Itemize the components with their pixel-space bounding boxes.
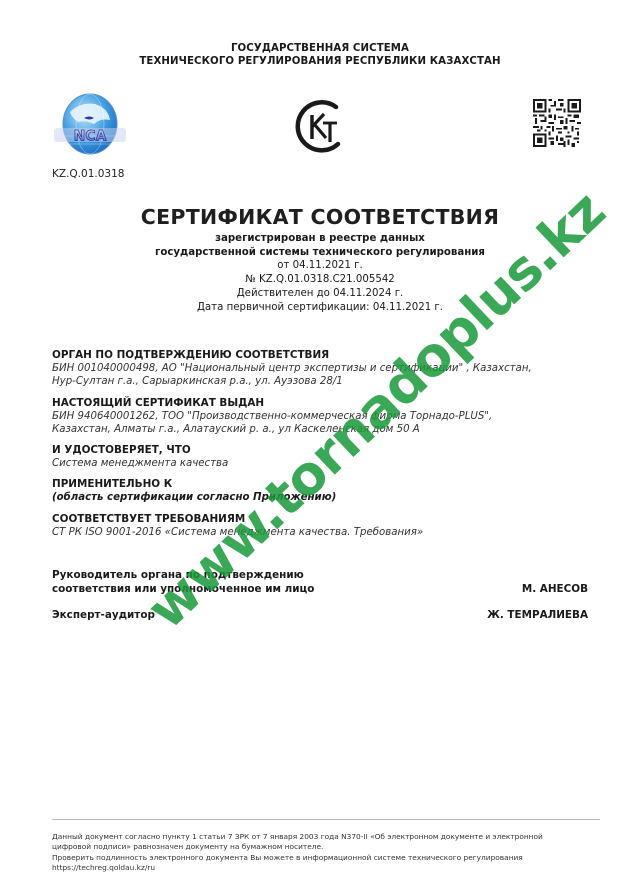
ncs-globe-logo-icon: NCA [50, 92, 130, 156]
section-text: (область сертификации согласно Приложени… [52, 491, 592, 504]
verification-link[interactable]: https://techreg.qoldau.kz/ru [52, 863, 592, 873]
section-text: Нур-Султан г.а., Сарыаркинская р.а., ул.… [52, 375, 592, 388]
section-text: БИН 940640001262, ТОО "Производственно-к… [52, 410, 592, 423]
header-line-2: ТЕХНИЧЕСКОГО РЕГУЛИРОВАНИЯ РЕСПУБЛИКИ КА… [0, 55, 640, 68]
head-label-line-1: Руководитель органа по подтверждению [52, 569, 588, 583]
section-heading: ОРГАН ПО ПОДТВЕРЖДЕНИЮ СООТВЕТСТВИЯ [52, 349, 592, 362]
footer-line-3: Проверить подлинность электронного докум… [52, 853, 592, 863]
section-text: СТ РК ISO 9001-2016 «Система менеджмента… [52, 526, 592, 539]
svg-text:NCA: NCA [74, 129, 107, 145]
footer-line-2: цифровой подписи» равнозначен документу … [52, 842, 592, 852]
certificate-sections: ОРГАН ПО ПОДТВЕРЖДЕНИЮ СООТВЕТСТВИЯ БИН … [52, 349, 592, 547]
section-certifies: И УДОСТОВЕРЯЕТ, ЧТО Система менеджмента … [52, 444, 592, 470]
subtitle-line-1: зарегистрирован в реестре данных [0, 232, 640, 246]
header-line-1: ГОСУДАРСТВЕННАЯ СИСТЕМА [0, 42, 640, 55]
footer-divider [52, 819, 600, 820]
section-heading: НАСТОЯЩИЙ СЕРТИФИКАТ ВЫДАН [52, 397, 592, 410]
section-issued-to: НАСТОЯЩИЙ СЕРТИФИКАТ ВЫДАН БИН 940640001… [52, 397, 592, 437]
signature-head: Руководитель органа по подтверждению соо… [52, 569, 588, 596]
section-heading: ПРИМЕНИТЕЛЬНО К [52, 478, 592, 491]
section-text: Казахстан, Алматы г.а., Алатауский р. а.… [52, 423, 592, 436]
qr-code-icon[interactable] [533, 99, 581, 147]
section-text: БИН 001040000498, АО "Национальный центр… [52, 362, 592, 375]
section-heading: СООТВЕТСТВУЕТ ТРЕБОВАНИЯМ [52, 513, 592, 526]
head-name: М. АНЕСОВ [522, 583, 588, 597]
section-conforms-to: СООТВЕТСТВУЕТ ТРЕБОВАНИЯМ СТ РК ISO 9001… [52, 513, 592, 539]
head-label-line-2: соответствия или уполномоченное им лицо [52, 583, 588, 597]
footer-line-1: Данный документ согласно пункту 1 статьи… [52, 832, 592, 842]
document-header: ГОСУДАРСТВЕННАЯ СИСТЕМА ТЕХНИЧЕСКОГО РЕГ… [0, 42, 640, 68]
document-footer: Данный документ согласно пункту 1 статьи… [52, 832, 592, 873]
issue-date: от 04.11.2021 г. [0, 259, 640, 273]
section-applicable-to: ПРИМЕНИТЕЛЬНО К (область сертификации со… [52, 478, 592, 504]
subtitle-line-2: государственной системы технического рег… [0, 246, 640, 260]
certificate-subtitle: зарегистрирован в реестре данных государ… [0, 232, 640, 314]
first-certification-date: Дата первичной сертификации: 04.11.2021 … [0, 301, 640, 315]
section-heading: И УДОСТОВЕРЯЕТ, ЧТО [52, 444, 592, 457]
certificate-title: СЕРТИФИКАТ СООТВЕТСТВИЯ [0, 205, 640, 229]
kt-conformity-mark-icon [290, 96, 350, 156]
registry-code: KZ.Q.01.0318 [52, 168, 124, 180]
auditor-name: Ж. ТЕМРАЛИЕВА [487, 609, 588, 623]
certificate-number: № KZ.Q.01.0318.C21.005542 [0, 273, 640, 287]
section-text: Система менеджмента качества [52, 457, 592, 470]
signature-auditor: Эксперт-аудитор Ж. ТЕМРАЛИЕВА [52, 609, 588, 623]
section-certification-body: ОРГАН ПО ПОДТВЕРЖДЕНИЮ СООТВЕТСТВИЯ БИН … [52, 349, 592, 389]
valid-until: Действителен до 04.11.2024 г. [0, 287, 640, 301]
